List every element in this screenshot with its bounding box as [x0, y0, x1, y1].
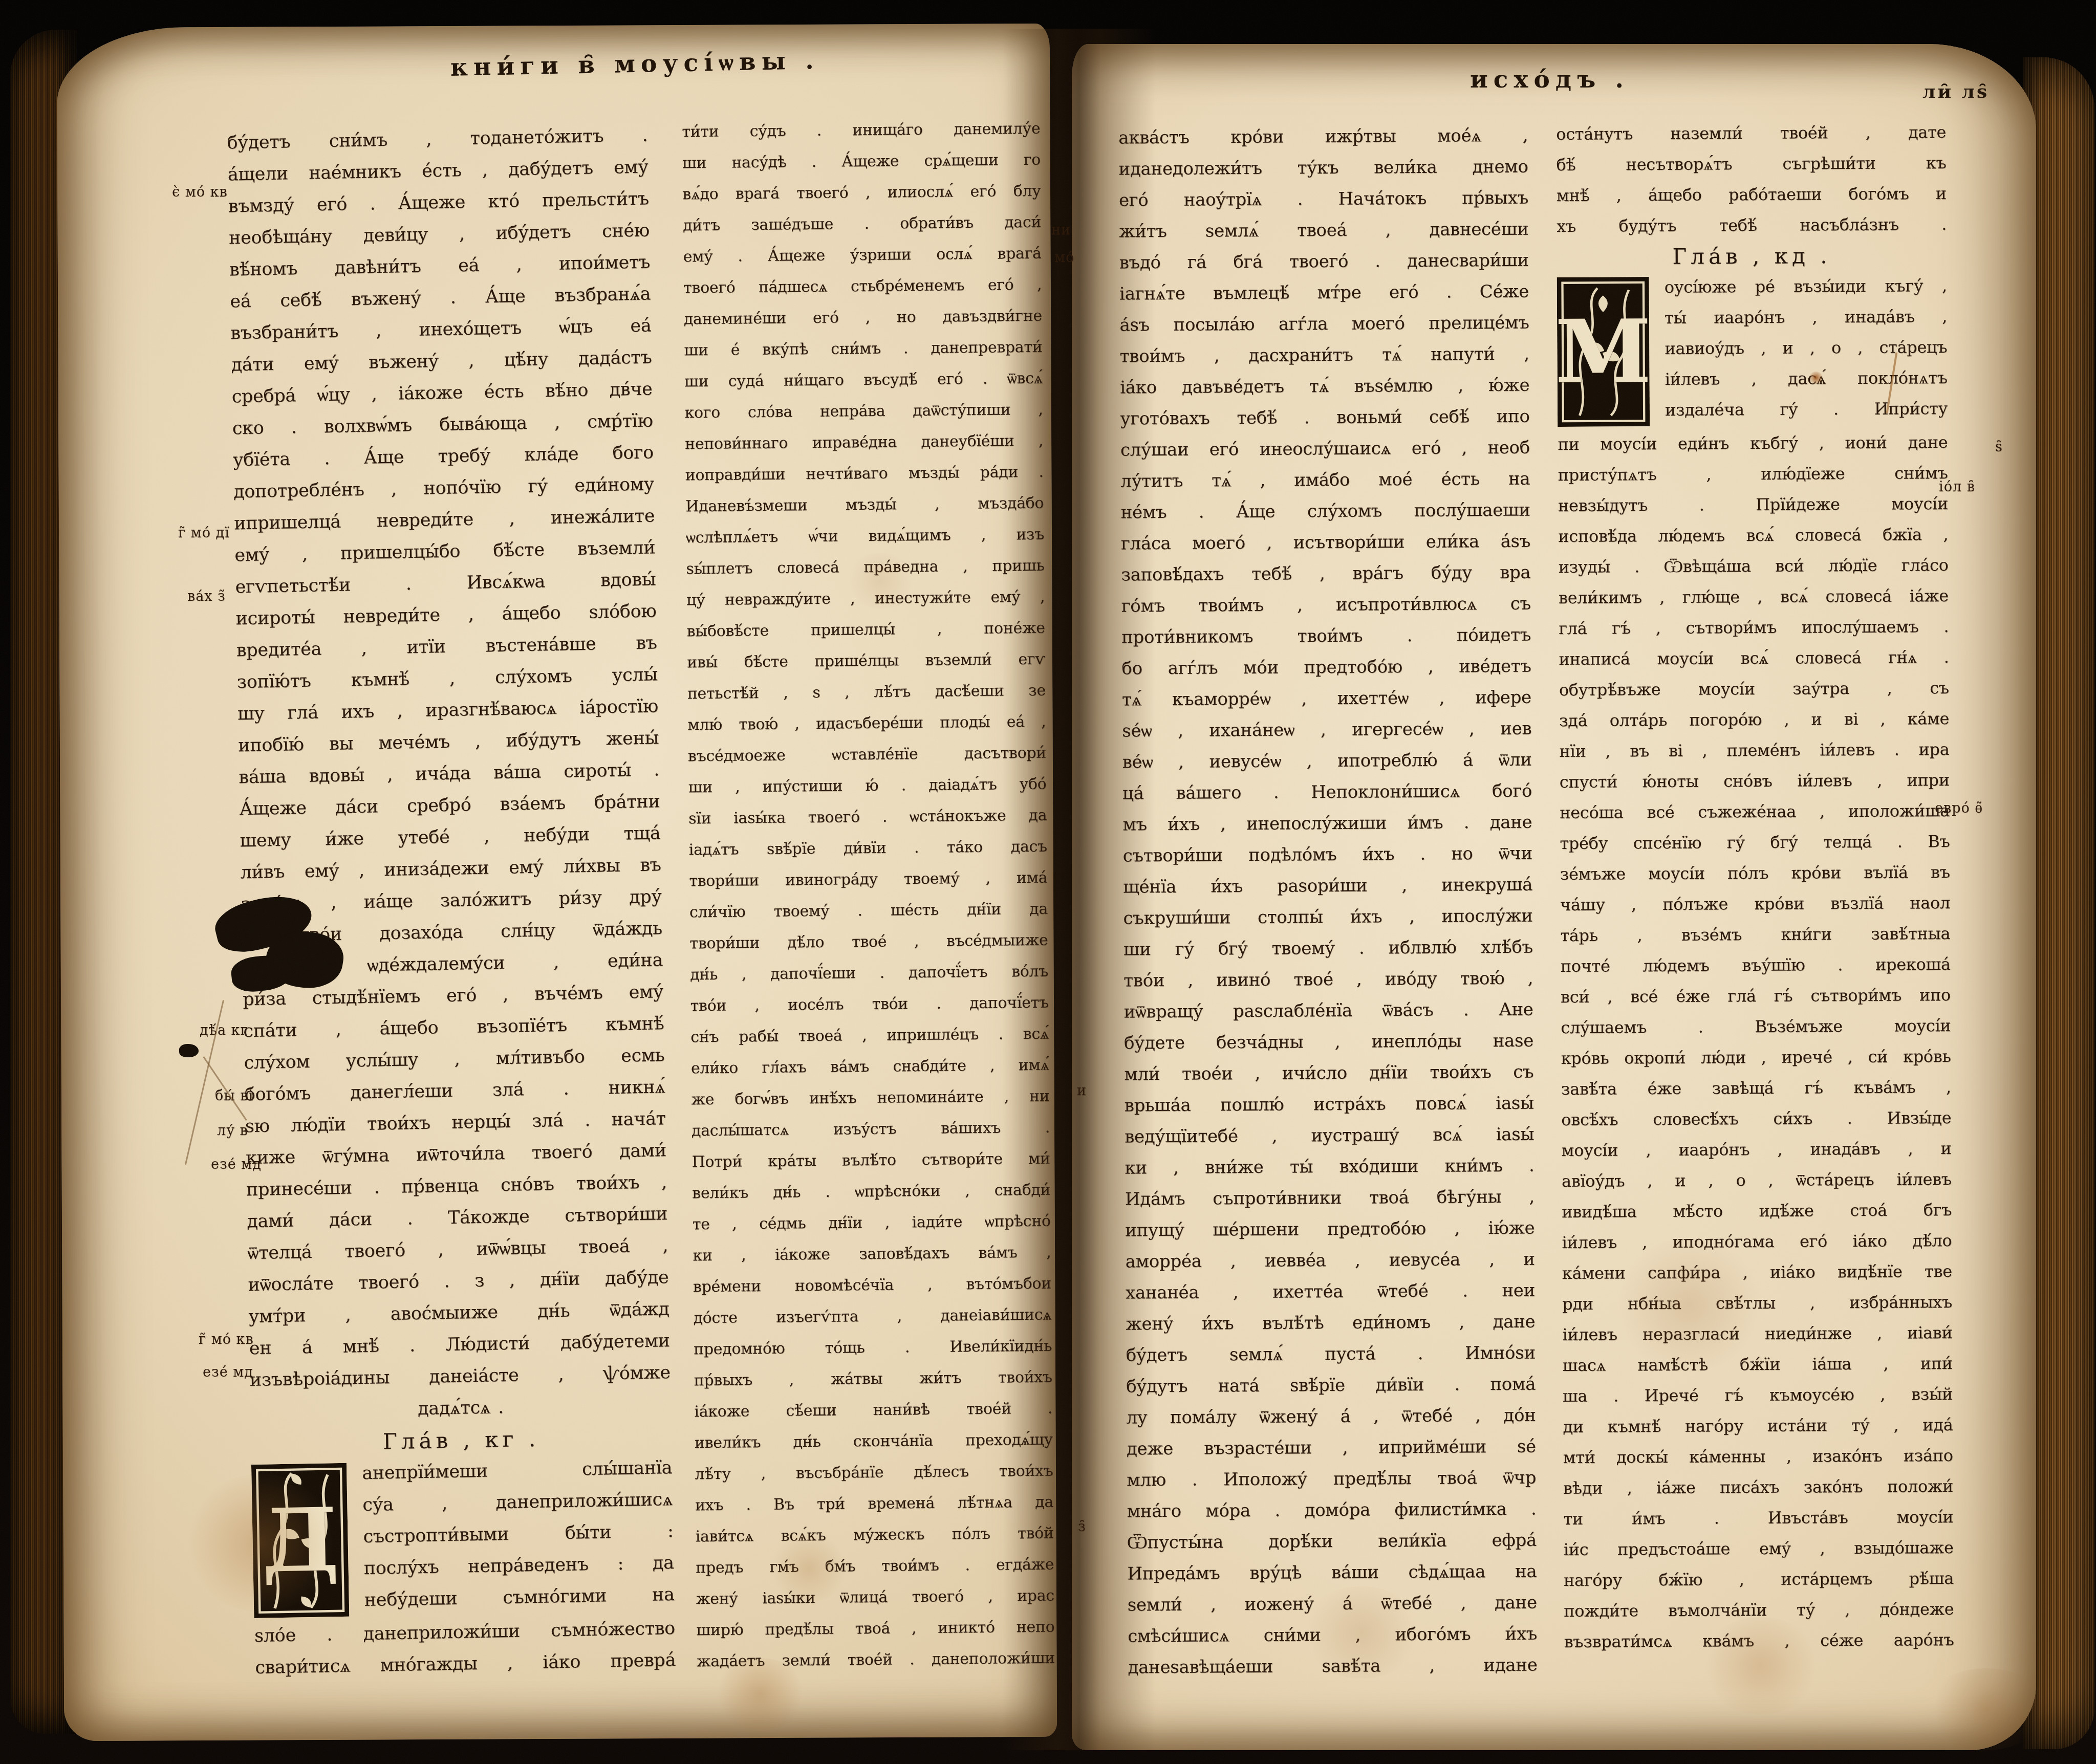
text-line: тво́и , ивино́ твое́ , иво́ду твою́ ,	[1123, 964, 1533, 997]
text-line: петьстѣ́й , ѕ , лѣ́тъ дасѣ́еши зе	[687, 676, 1046, 711]
text-line: іи́с предъстоа́ше ему́ , взыдо́шаже	[1563, 1533, 1953, 1566]
column-text-segment: оста́нутъ наземли́ твое́й , датебѣ́ несъ…	[1556, 118, 1947, 243]
text-line: жену́ и́хъ вълѣ́тѣ еди́номъ , дане	[1126, 1307, 1535, 1341]
margin-note: ва́х з̃	[187, 589, 226, 604]
text-line: ели́ко гл́ахъ ва́мъ снабди́те , имѧ́	[691, 1051, 1050, 1085]
text-line: авїоу́дъ , и , о , ѿста́рецъ іи́левъ	[1562, 1165, 1952, 1197]
text-line: рди нбн́ыа свѣ́тлы , избра́нныхъ	[1562, 1288, 1952, 1320]
text-line: ивели́къ дн́ь сконча́нїа преходѧ́щу	[695, 1425, 1053, 1460]
text-line: лу пома́лу ѿжену́ а́ , ѿтебе́ , до́н	[1126, 1401, 1536, 1434]
text-line: ѕе́ѡ , ихана́неѡ , игергесе́ѡ , иев	[1122, 714, 1531, 748]
text-line: аморре́а , иевве́а , иевусе́а , и	[1125, 1245, 1535, 1278]
text-line: възврати́мсѧ ква́мъ , се́же ааро́нъ	[1564, 1625, 1954, 1658]
text-line: състропти́выми бы́ти :	[363, 1516, 674, 1554]
text-line: предъ гм́ъ бм́ъ твои́мъ . егда́же	[696, 1550, 1054, 1585]
text-line: данеѕавѣща́еши ѕавѣ́та , идане	[1128, 1650, 1537, 1684]
text-line: ѕемли́ , иожену́ а́ ѿтебе́ , дане	[1128, 1588, 1537, 1622]
text-line: ихъ . Въ три́ времена́ лѣ́тнѧа да	[695, 1488, 1054, 1522]
text-line: го́мъ твои́мъ , исъпроти́влюсѧ съ	[1121, 589, 1531, 623]
text-line: іадѧ́тъ ѕвѣ́рїе ди́вїи . та́ко дасъ	[688, 832, 1047, 867]
text-line: твоего́ па́дшесѧ стьбре́менемъ его́ ,	[683, 270, 1042, 305]
text-line: деже възрасте́ши , иприйме́ши ѕе́	[1127, 1432, 1536, 1466]
text-line: наго́ру бж́їю , иста́рцемъ рѣ́ша	[1564, 1564, 1954, 1597]
text-line: ивидѣ́ша мѣ́сто идѣ́же стоа́ бгъ	[1562, 1195, 1952, 1228]
text-line: въдо́ га́ бга́ твоего́ . данесвари́ши	[1119, 246, 1528, 279]
text-line: его́ наоу́трїѧ . Нача́токъ пр́выхъ	[1119, 183, 1528, 217]
text-line: ѕїи іаѕы́ка твоего́ . ѡста́нокъже да	[688, 801, 1047, 836]
text-line: вели́кимъ , глю́ще , всѧ́ словеса́ іа́же	[1559, 581, 1949, 614]
text-line: пр́выхъ , жа́твы жи́тъ твои́хъ	[694, 1363, 1052, 1398]
text-line: кро́вь окропи́ лю́ди , ирече́ , си́ кро́…	[1561, 1042, 1951, 1075]
text-line: ивы́ бѣ́сте прише́лцы въземли́ егѵ	[687, 645, 1046, 680]
text-line: бу́детъ ѕемлѧ́ пуста́ . Имно́ѕи	[1126, 1338, 1536, 1372]
text-line: лу́титъ тѧ́ , има́бо мое́ е́сть на	[1120, 464, 1530, 498]
text-line: Потри́ кра́ты вълѣ́то сътвори́те ми́	[692, 1144, 1050, 1179]
woodcut-initial-m: М	[1557, 277, 1650, 427]
text-line: бѣ́ несътворѧ́тъ съгрѣши́ти къ	[1556, 148, 1946, 181]
text-line: ширю́ предѣ́лы твоа́ , иникто́ непо	[696, 1613, 1055, 1647]
text-line: тре́бу спсе́нїю гу́ бгу́ телца́ . Въ	[1560, 827, 1950, 860]
text-line: ѡслѣплѧ́етъ ѡ́чи видѧ́щимъ , изъ	[686, 520, 1045, 555]
text-line: іагнѧ́те въмлецѣ́ мт́ре его́ . Се́же	[1119, 277, 1529, 311]
text-line: ши , ипу́стиши ю́ . даіадѧ́тъ убо́	[688, 770, 1047, 804]
gutter-mark: ни	[1051, 222, 1071, 238]
margin-note: г̃ мо́ дї	[178, 525, 230, 541]
text-line: шасѧ намѣ́стѣ бж́їи іа́ша , ипи́	[1563, 1349, 1953, 1382]
text-line: сътвори́ши подѣло́мъ и́хъ . но ѿчи	[1123, 839, 1532, 873]
text-line: невзы́дутъ . Прїи́деже моусі́и	[1558, 489, 1948, 522]
text-line: ти́ти су́дъ . инища́го данемилу́е	[682, 114, 1041, 149]
text-line: же богѡ́въ инѣ́хъ непомина́ите , ни	[691, 1082, 1050, 1117]
gutter-mark: и	[1077, 1083, 1087, 1099]
text-line: иданедолежи́тъ ту́къ вели́ка днемо	[1118, 152, 1528, 186]
text-line: твори́ши дѣ́ло твое́ , въсе́дмыиже	[689, 926, 1048, 961]
column-text-segment: ѕло́е . данеприложи́ши съмно́жествосвари…	[254, 1614, 676, 1685]
text-line: бо агѓлъ мо́и предтобо́ю , иве́детъ	[1121, 651, 1531, 685]
text-line: ши суда́ ни́щаго въсудѣ́ его́ . ѿвсѧ́	[684, 364, 1043, 399]
text-line: иѿвращу́ раѕслабле́нїа ѿва́съ . Ане	[1123, 995, 1533, 1029]
text-line: пи моусі́и еди́нъ къбгу́ , иони́ дане	[1558, 428, 1948, 461]
text-line: оста́нутъ наземли́ твое́й , дате	[1556, 118, 1946, 150]
text-line: угото́вахъ тебѣ́ . воньми́ себѣ́ ипо	[1120, 402, 1529, 435]
text-line: изуды́ . Ѿвѣща́ша вси́ лю́дїе гла́со	[1558, 551, 1948, 583]
text-line: зе́мъже моусі́и по́лъ кро́ви вълїа́ въ	[1560, 858, 1950, 890]
text-line: Иданевъ́змеши мъзды́ , мъзда́бо	[685, 489, 1044, 524]
text-line: небу́деши съмно́гими на	[364, 1580, 675, 1617]
gutter-mark: з̑	[1078, 1519, 1086, 1535]
text-line: проти́вникомъ твои́мъ . по́идетъ	[1121, 620, 1531, 654]
column-text-segment: бу́детъ сни́мъ , тодането́житъ .а́щели н…	[227, 120, 671, 1429]
text-line: ты́ иааро́нъ , инада́въ ,	[1665, 302, 1947, 334]
text-line: мъ и́хъ , инепослу́жиши и́мъ . дане	[1122, 808, 1532, 841]
text-line: исповѣ́да лю́демъ всѧ́ словеса́ бжїа ,	[1558, 520, 1948, 553]
text-line: жи́тъ ѕемлѧ́ твоеа́ , давнесе́ши	[1119, 214, 1528, 248]
text-line: бу́дутъ ната́ ѕвѣ́рїе ди́вїи . пома́	[1126, 1369, 1536, 1403]
text-line: ипущу́ ше́ршени предтобо́ю , ію́же	[1125, 1213, 1535, 1247]
text-line: вѧ́до врага́ твоего́ , илиослѧ́ его́ блу	[682, 177, 1041, 211]
text-line: веду́щїитебе́ , иустрашу́ всѧ́ іаѕы́	[1125, 1120, 1534, 1153]
text-line: цу́ невражду́ите , инестужи́те ему́ ,	[686, 582, 1045, 617]
text-line: данемине́ши его́ , но давъздви́гне	[684, 301, 1043, 336]
text-line: врьша́а пошлю́ истра́хъ повсѧ́ іаѕы́	[1125, 1088, 1534, 1122]
gutter-mark: мо́	[1054, 250, 1074, 266]
column-text-segment: пи моусі́и еди́нъ къбгу́ , иони́ данепри…	[1558, 428, 1954, 1658]
text-line: гла́ гъ́ , сътвори́мъ ипослу́шаемъ .	[1559, 612, 1949, 645]
text-line: иоправди́ши нечти́ваго мъзды́ ра́ди .	[685, 458, 1044, 492]
text-line: ему́ . А́щеже у́зриши ослѧ́ врага́	[683, 239, 1042, 274]
text-line: тѧ́ къаморре́ѡ , ихетте́ѡ , ифере	[1122, 683, 1531, 716]
text-line: завѣ́та е́же завѣща́ гъ́ къва́мъ ,	[1561, 1073, 1951, 1105]
text-line: инаписа́ моусі́и всѧ́ словеса́ гн́ѧ .	[1559, 643, 1949, 676]
text-line: іави́тсѧ всѧ́къ му́жескъ по́лъ тво́й	[695, 1519, 1054, 1554]
text-line: твои́мъ , дасхрани́тъ тѧ́ напути́ ,	[1120, 339, 1529, 373]
text-line: предомно́ю то́щь . Ивели́кїидн́ь	[694, 1332, 1052, 1366]
text-line: послу́хъ непра́веденъ : да	[363, 1548, 674, 1585]
margin-note: лу́ в	[217, 1123, 248, 1139]
text-line: лѣ́ту , въсъбра́нїе дѣ́лесъ твои́хъ	[695, 1456, 1053, 1491]
text-line: жада́етъ земли́ твое́й . данеположи́ши	[697, 1644, 1055, 1679]
text-line: ши е́ вку́пѣ сни́мъ . данепреврати́	[684, 333, 1043, 367]
text-line: ки , іа́коже заповѣ́дахъ ва́мъ ,	[693, 1238, 1051, 1273]
text-line: пожди́те въмолча́нїи ту́ , до́ндеже	[1564, 1595, 1954, 1627]
text-line: нїи , въ ві , племе́нъ іи́левъ . ира	[1559, 735, 1949, 768]
initial-letter: М	[1557, 277, 1650, 427]
text-line: мна́го мо́ра . домо́ра филисти́мка .	[1127, 1494, 1536, 1528]
text-line: мти́ доскы́ ка́менны , изако́нъ иза́по	[1563, 1441, 1953, 1474]
text-line: ди къмнѣ́ наго́ру иста́ни ту́ , ида́	[1563, 1410, 1953, 1443]
text-line: су́а , данеприложи́шисѧ	[362, 1485, 673, 1522]
text-line: хъ буду́тъ тебѣ́ насъбла́знъ .	[1557, 210, 1947, 243]
text-line: мнѣ́ , а́щебо рабо́таеши бого́мъ и	[1557, 179, 1947, 212]
text-line: сн́ъ рабы́ твоеа́ , ипришле́цъ . всѧ́	[690, 1019, 1049, 1054]
text-line: слу́шаемъ . Възе́мъже моусі́и	[1561, 1011, 1951, 1044]
text-line: Ѿпусты́на дорѣ́ки вели́кїа ефра́	[1127, 1526, 1537, 1559]
text-line: овсѣ́хъ словесѣ́хъ си́хъ . Ивзы́де	[1561, 1103, 1951, 1136]
margin-note: езе́ мд	[203, 1364, 253, 1380]
text-line: присту́пѧтъ , илю́дїеже сни́мъ	[1558, 459, 1948, 491]
text-line: ка́мени сапфи́ра , иіа́ко видѣ́нїе тве	[1562, 1257, 1952, 1290]
text-line: та́рь , възе́мъ кни́ги завѣ́тныа	[1560, 919, 1950, 952]
woodcut-initial-d: Д	[251, 1463, 349, 1618]
text-column-left-2: ти́ти су́дъ . инища́го данемилу́еши насу…	[682, 114, 1055, 1679]
text-column-right-2: оста́нутъ наземли́ твое́й , датебѣ́ несъ…	[1556, 118, 1954, 1658]
text-line: Ипреда́мъ вру́цѣ ва́ши сѣдѧ́щаа на	[1127, 1557, 1537, 1591]
ink-spot	[179, 1044, 199, 1057]
book-photo: кни́ги в̑ моусі́ѡвы . исхо́дъ . ли̑ лѕ̑ …	[0, 0, 2096, 1764]
running-title-right: исхо́дъ .	[1470, 66, 1629, 94]
text-line: зда́ олта́рь погоро́ю , и ві , ка́ме	[1559, 704, 1949, 737]
initial-letter: Д	[251, 1463, 349, 1618]
text-line: ча́шу , по́лъже кро́ви възлїа́ наол	[1560, 888, 1950, 921]
folio-number: ли̑ лѕ̑	[1922, 81, 1989, 102]
text-line: въсе́дмоеже ѡставле́нїе дасътвори́	[688, 738, 1047, 773]
text-line: вре́мени новомѣсе́чїа , въто́мъбои	[693, 1269, 1052, 1304]
text-line: дн́ь , дапочї́еши . дапочї́етъ во́лъ	[690, 957, 1049, 992]
text-line: ве́ѡ , иевусе́ѡ , ипотреблю́ а́ ѿли	[1122, 745, 1531, 779]
text-line: ши гу́ бгу́ твоему́ . иблвлю́ хлѣ́бъ	[1123, 932, 1533, 966]
text-line: те , се́дмь дн́їи , іади́те ѡпрѣсно́	[693, 1207, 1051, 1242]
text-line: іи́левъ , иподно́гама его́ іа́ко дѣ́ло	[1562, 1226, 1952, 1259]
text-line: до́сте изъегѵ́пта , данеіави́шисѧ	[693, 1300, 1052, 1335]
column-text-segment: Д анепрїи́меши слы́шанїасу́а , данеприло…	[251, 1453, 675, 1619]
chapter-heading-24: Гла́в , кд .	[1557, 241, 1947, 273]
text-line: заповѣ́дахъ тебѣ́ , вра́гъ бу́ду вра	[1121, 558, 1530, 592]
text-line: ти и́мъ . Ивъста́въ моусі́и	[1563, 1502, 1953, 1535]
text-line: тво́и , иосе́лъ тво́и . дапочї́етъ	[690, 988, 1049, 1023]
text-line: млю́ твою́ , идасъбере́ши плоды́ еа́ ,	[687, 707, 1046, 742]
text-line: ди́тъ заше́дъше . обрати́въ даси́	[683, 208, 1042, 243]
text-line: издале́ча гу́ . Ипри́сту	[1665, 394, 1948, 426]
text-line: ца́ ва́шего . Непоклони́шисѧ бого́	[1122, 776, 1532, 810]
text-line: обутрѣ́въже моусі́и зау́тра , съ	[1559, 673, 1949, 706]
text-line: не́мъ . А́ще слу́хомъ послу́шаеши	[1120, 495, 1530, 529]
text-line: вели́къ дн́ь . ѡпрѣсно́ки , снабди́	[692, 1175, 1051, 1210]
text-line: спусти́ ю́ноты сно́въ іи́левъ , ипри	[1560, 766, 1950, 798]
text-line: несо́ша все́ съжеже́наа , иположи́ша	[1560, 796, 1950, 829]
text-line: вси́ , все́ е́же гла́ гъ́ сътвори́мъ ипо	[1561, 981, 1951, 1013]
margin-note: є̀ мо́ кв	[172, 184, 228, 200]
text-line: сли́чїю твоему́ . ше́сть дн́їи да	[689, 895, 1048, 929]
text-line: почте́ лю́демъ въу́шїю . ирекоша́	[1561, 950, 1951, 983]
text-line: моусі́и , иааро́нъ , инада́въ , и	[1561, 1134, 1951, 1167]
text-line: кого сло́ва непра́ва даѿсту́пиши ,	[684, 395, 1043, 430]
text-line: ши насу́дѣ . А́щеже срѧ́щеши го	[682, 145, 1041, 180]
text-line: вѣди , іа́же писа́хъ зако́нъ положи́	[1563, 1472, 1953, 1505]
text-line: бу́дете безча́дны , инепло́ды наѕе	[1124, 1026, 1533, 1060]
text-line: вы́бовѣ́сте пришелцы́ , поне́же	[686, 614, 1045, 648]
text-line: анепрїи́меши слы́шанїа	[362, 1453, 673, 1490]
text-line: ша . Ирече́ гъ́ къмоусе́ю , взы́й	[1563, 1380, 1953, 1412]
text-line: ѕы́плетъ словеса́ пра́ведна , пришь	[686, 551, 1045, 586]
text-line: твори́ши ивиногра́ду твоему́ , има́	[689, 863, 1048, 898]
text-line: ки , вни́же ты́ вхо́диши кни́мъ .	[1125, 1151, 1534, 1185]
text-line: смѣси́шисѧ сни́ми , ибого́мъ и́хъ	[1128, 1619, 1537, 1653]
text-line: мли́ твое́и , ичи́сло дн́їи твои́хъ съ	[1124, 1057, 1533, 1091]
text-line: іа́коже сѣ́еши нани́вѣ твое́й .	[694, 1394, 1053, 1429]
text-column-right-1: аква́стъ кро́ви ижр́твы мое́ѧ ,иданедоле…	[1118, 121, 1538, 1684]
text-line: съкруши́ши столпы́ и́хъ , ипослу́жи	[1123, 901, 1532, 935]
text-line: ханане́а , ихетте́а ѿтебе́ . неи	[1126, 1276, 1535, 1310]
margin-note: дѣ́а кг	[200, 1022, 248, 1038]
text-line: гла́са моего́ , исътвори́ши ели́ка а́ѕъ	[1121, 527, 1530, 560]
text-line: непови́ннаго иправе́дна данеубїе́ши ,	[685, 426, 1044, 461]
text-line: а́ѕъ посыла́ю агѓла моего́ прелице́мъ	[1119, 308, 1529, 342]
text-line: даслы́шатсѧ изъу́стъ ва́шихъ .	[692, 1113, 1050, 1148]
text-line: млю . Иположу́ предѣ́лы твоа́ ѿчр	[1127, 1463, 1536, 1497]
text-line: ще́нїа и́хъ раѕори́ши , инекруша́	[1123, 870, 1532, 904]
text-line: жену́ іаѕы́ки ѿлица́ твоего́ , ирас	[696, 1581, 1055, 1616]
margin-note: ѕ̑	[1995, 439, 2003, 455]
text-line: Ида́мъ съпроти́вники твоа́ бѣгу́ны ,	[1125, 1182, 1535, 1216]
text-line: оусі́юже ре́ възы́иди къгу́ ,	[1665, 271, 1947, 303]
text-line: іи́левъ , дасѧ́ покло́нѧтъ	[1665, 363, 1948, 396]
text-line: іи́левъ неразгласи́ ниеди́нже , иіави́	[1562, 1318, 1952, 1351]
text-line: аква́стъ кро́ви ижр́твы мое́ѧ ,	[1118, 121, 1528, 155]
text-line: слу́шаи его́ инеослу́шаисѧ его́ , необ	[1120, 433, 1530, 467]
margin-note: г̃ мо́ кв	[199, 1332, 254, 1347]
text-line: иавиоу́дъ , и , о , ста́рецъ	[1665, 333, 1947, 365]
text-line: іа́ко давъве́детъ тѧ́ въѕе́млю , ю́же	[1120, 371, 1529, 404]
